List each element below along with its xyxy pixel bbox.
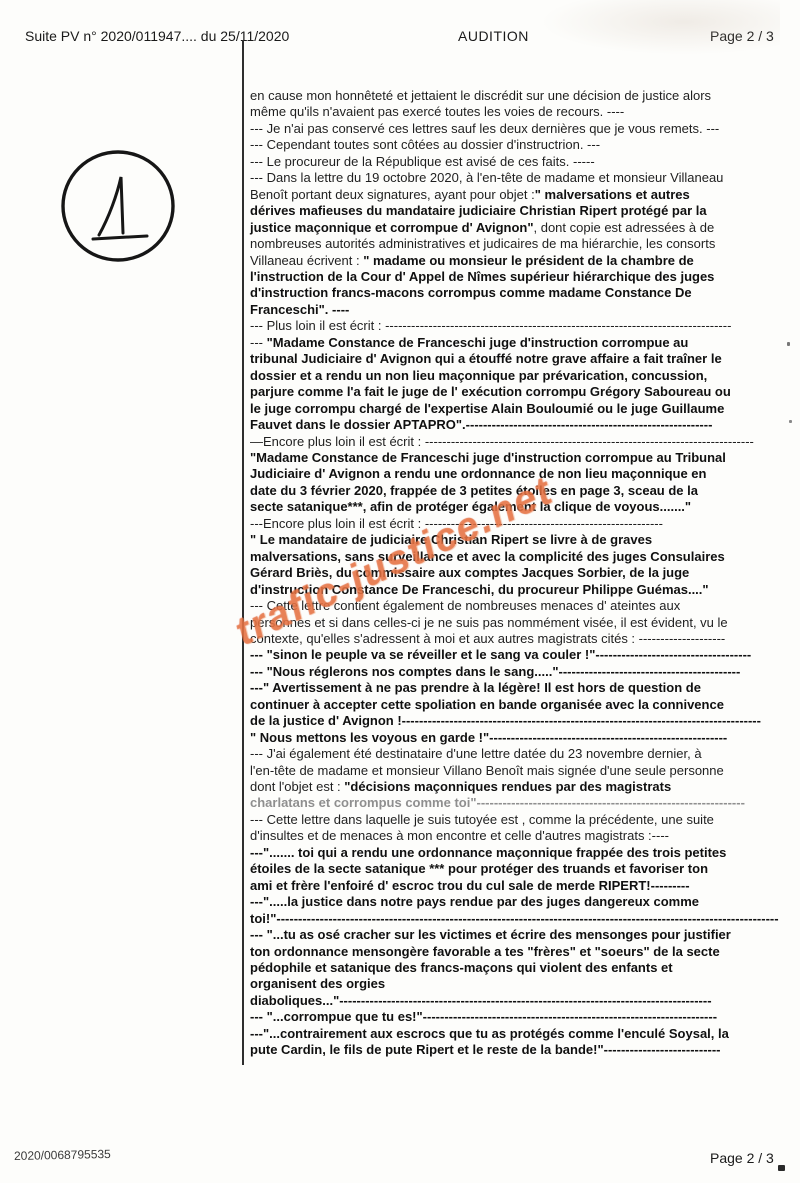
text-line: pédophile et satanique des francs-maçons… xyxy=(250,960,795,976)
text-line: --- "...tu as osé cracher sur les victim… xyxy=(250,927,795,943)
text-line: Fauvet dans le dossier APTAPRO".--------… xyxy=(250,417,795,433)
text-line: " Nous mettons les voyous en garde !"---… xyxy=(250,730,795,746)
footer-page-number: Page 2 / 3 xyxy=(710,1150,774,1166)
circle-one-icon xyxy=(57,147,179,267)
text-line: ---Encore plus loin il est écrit : -----… xyxy=(250,516,795,532)
text-line: " Le mandataire de judiciaire Christian … xyxy=(250,532,795,548)
text-line: dérives mafieuses du mandataire judiciai… xyxy=(250,203,795,219)
text-line: --- "...corrompue que tu es!"-----------… xyxy=(250,1009,795,1025)
text-line: étoiles de la secte satanique *** pour p… xyxy=(250,861,795,877)
text-line: date du 3 février 2020, frappée de 3 pet… xyxy=(250,483,795,499)
text-line: --- Cette lettre dans laquelle je suis t… xyxy=(250,812,795,828)
scanned-document-page: Suite PV n° 2020/011947.... du 25/11/202… xyxy=(0,0,800,1183)
text-line: "Madame Constance de Franceschi juge d'i… xyxy=(250,450,795,466)
header-document-title: AUDITION xyxy=(458,28,529,44)
body-text: en cause mon honnêteté et jettaient le d… xyxy=(250,88,795,1059)
text-line: parjure comme l'a fait le juge de l' exé… xyxy=(250,384,795,400)
text-line: organisent des orgies xyxy=(250,976,795,992)
text-line: continuer à accepter cette spoliation en… xyxy=(250,697,795,713)
text-line: d'instruction francs-macons corrompus co… xyxy=(250,285,795,301)
text-line: Franceschi". ---- xyxy=(250,302,795,318)
text-line: personnes et si dans celles-ci je ne sui… xyxy=(250,615,795,631)
text-line: Villaneau écrivent : " madame ou monsieu… xyxy=(250,253,795,269)
text-line: ---".....la justice dans notre pays rend… xyxy=(250,894,795,910)
text-line: dont l'objet est : "décisions maçonnique… xyxy=(250,779,795,795)
text-line: le juge corrompu chargé de l'expertise A… xyxy=(250,401,795,417)
text-line: Benoît portant deux signatures, ayant po… xyxy=(250,187,795,203)
text-line: malversations, sans surveillance et avec… xyxy=(250,549,795,565)
text-line: d'instruction Constance De Franceschi, d… xyxy=(250,582,795,598)
text-line: --- Le procureur de la République est av… xyxy=(250,154,795,170)
text-line: dossier et a rendu un non lieu maçonniqu… xyxy=(250,368,795,384)
footer-document-id: 2020/0068795535 xyxy=(14,1147,111,1163)
text-line: l'en-tête de madame et monsieur Villano … xyxy=(250,763,795,779)
text-line: secte satanique***, afin de protéger éga… xyxy=(250,499,795,515)
text-line: --- Cette lettre contient également de n… xyxy=(250,598,795,614)
scan-speck xyxy=(778,1165,785,1171)
scan-smudge xyxy=(540,0,780,55)
text-line: ---"....... toi qui a rendu une ordonnan… xyxy=(250,845,795,861)
text-line: --- Dans la lettre du 19 octobre 2020, à… xyxy=(250,170,795,186)
text-line: --- Plus loin il est écrit : -----------… xyxy=(250,318,795,334)
text-line: —Encore plus loin il est écrit : -------… xyxy=(250,434,795,450)
margin-rule-line xyxy=(242,40,244,1065)
text-line: ---"...contrairement aux escrocs que tu … xyxy=(250,1026,795,1042)
text-line: nombreuses autorités administratives et … xyxy=(250,236,795,252)
text-line: ami et frère l'enfoiré d' escroc trou du… xyxy=(250,878,795,894)
text-line: justice maçonnique et corrompue d' Avign… xyxy=(250,220,795,236)
text-line: --- "Nous réglerons nos comptes dans le … xyxy=(250,664,795,680)
text-line: en cause mon honnêteté et jettaient le d… xyxy=(250,88,795,104)
text-line: Judiciaire d' Avignon a rendu une ordonn… xyxy=(250,466,795,482)
text-line: tribunal Judiciaire d' Avignon qui a éto… xyxy=(250,351,795,367)
text-line: pute Cardin, le fils de pute Ripert et l… xyxy=(250,1042,795,1058)
text-line: --- "Madame Constance de Franceschi juge… xyxy=(250,335,795,351)
text-line: ton ordonnance mensongère favorable a te… xyxy=(250,944,795,960)
text-line: de la justice d' Avignon !--------------… xyxy=(250,713,795,729)
text-line: --- Je n'ai pas conservé ces lettres sau… xyxy=(250,121,795,137)
text-line: d'insultes et de menaces à mon encontre … xyxy=(250,828,795,844)
text-line: toi!"-----------------------------------… xyxy=(250,911,795,927)
text-line: contexte, qu'elles s'adressent à moi et … xyxy=(250,631,795,647)
text-line: même qu'ils n'avaient pas exercé toutes … xyxy=(250,104,795,120)
text-line: --- J'ai également été destinataire d'un… xyxy=(250,746,795,762)
text-line: l'instruction de la Cour d' Appel de Nîm… xyxy=(250,269,795,285)
text-line: charlatans et corrompus comme toi"------… xyxy=(250,795,795,811)
text-line: ---" Avertissement à ne pas prendre à la… xyxy=(250,680,795,696)
text-line: diaboliques..."-------------------------… xyxy=(250,993,795,1009)
circled-annotation-1 xyxy=(57,147,179,267)
text-line: --- "sinon le peuple va se réveiller et … xyxy=(250,647,795,663)
text-line: Gérard Briès, du commissaire aux comptes… xyxy=(250,565,795,581)
text-line: --- Cependant toutes sont côtées au doss… xyxy=(250,137,795,153)
header-pv-reference: Suite PV n° 2020/011947.... du 25/11/202… xyxy=(25,28,289,44)
